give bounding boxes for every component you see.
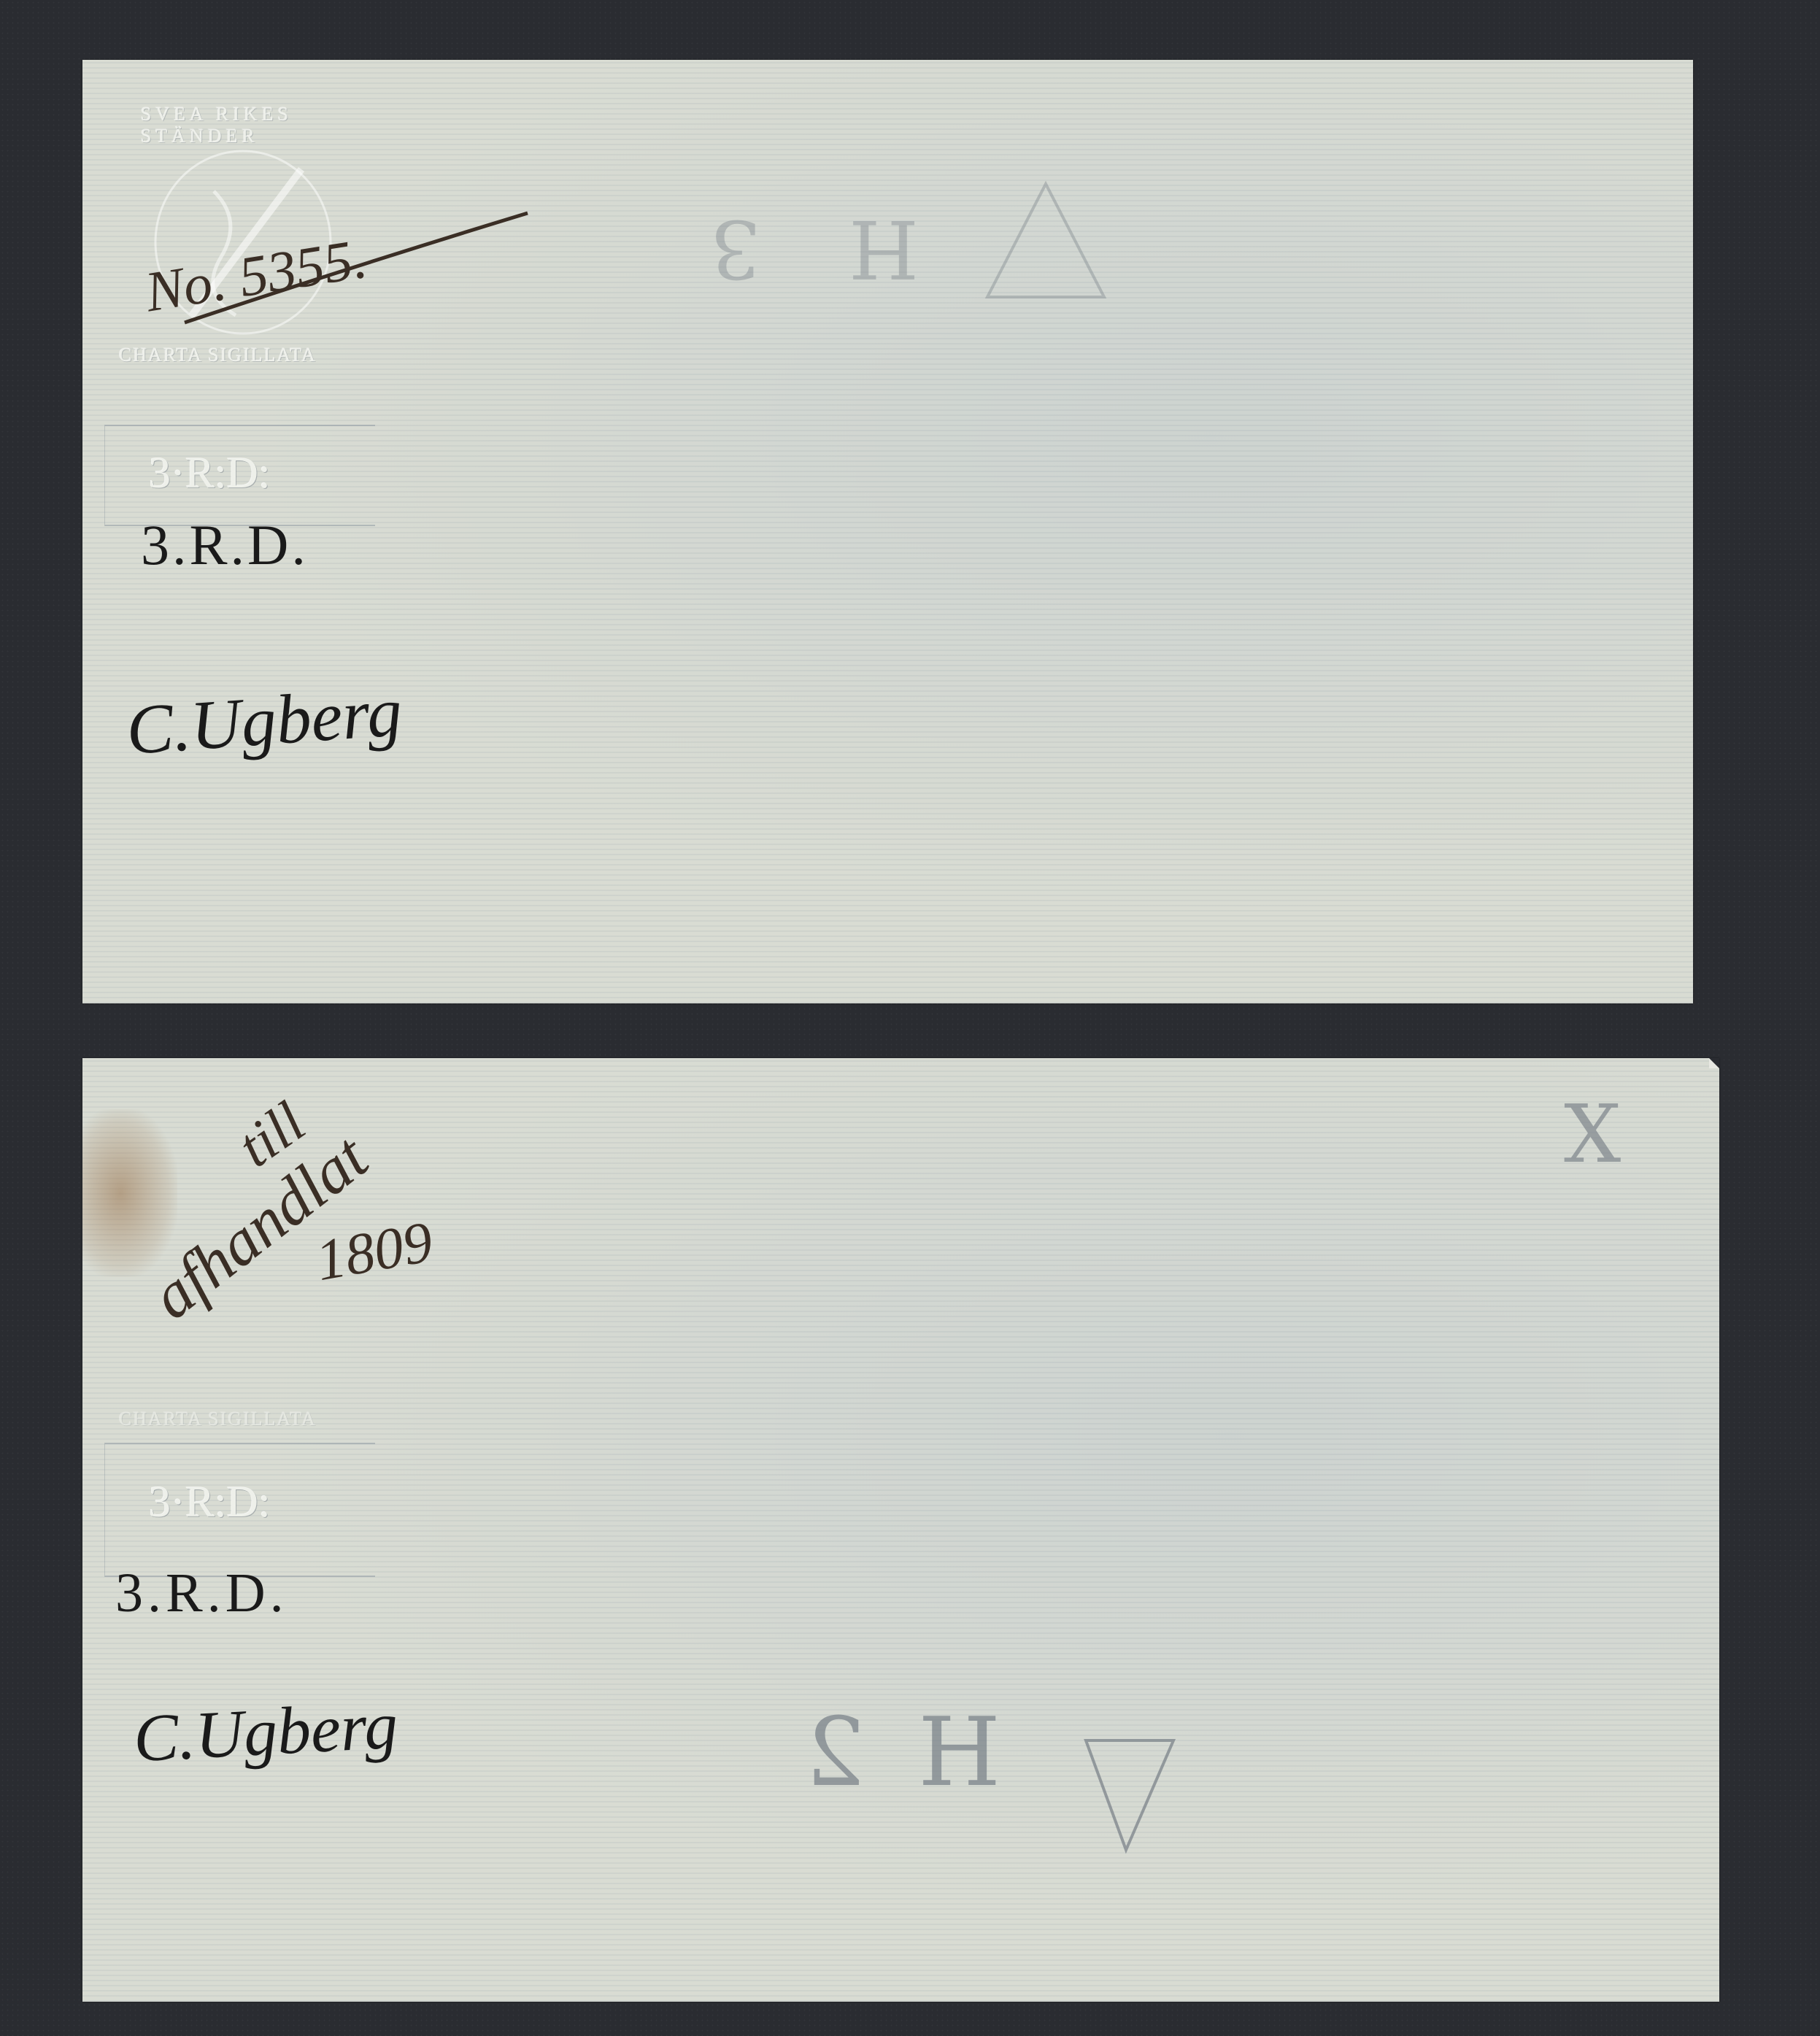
embossed-value: 3·R:D: (149, 448, 271, 498)
embossed-value-box: 3·R:D: (104, 425, 375, 526)
printed-value: 3.R.D. (115, 1562, 288, 1625)
seal-arc-text: SVEA RIKES STÄNDER (141, 104, 367, 147)
seal-motto: CHARTA SIGILLATA (119, 1408, 317, 1430)
seal-motto: CHARTA SIGILLATA (119, 344, 317, 366)
pencil-corner-mark: X (1564, 1087, 1621, 1181)
stamped-paper-sheet-top: SVEA RIKES STÄNDER CHARTA SIGILLATA 3·R:… (82, 60, 1693, 1003)
embossed-value: 3·R:D: (149, 1477, 271, 1527)
pencil-triangle-icon (980, 180, 1111, 304)
embossed-value-box: 3·R:D: (104, 1443, 375, 1577)
pencil-mark-number: 3 (710, 202, 761, 296)
printed-signature: C.Ugberg (131, 1686, 399, 1778)
printed-value: 3.R.D. (141, 512, 309, 578)
pencil-mark-letter: H (849, 202, 919, 296)
pencil-mark-letter: H (918, 1697, 1000, 1808)
printed-signature: C.Ugberg (124, 671, 405, 771)
pencil-mark-number: 2 (805, 1697, 865, 1808)
ink-underline-stroke (177, 206, 542, 330)
stamped-paper-sheet-bottom: CHARTA SIGILLATA 3·R:D: till afhandlat 1… (82, 1058, 1719, 2002)
folded-corner (1709, 1058, 1719, 1068)
pencil-triangle-down-icon (1082, 1737, 1177, 1854)
